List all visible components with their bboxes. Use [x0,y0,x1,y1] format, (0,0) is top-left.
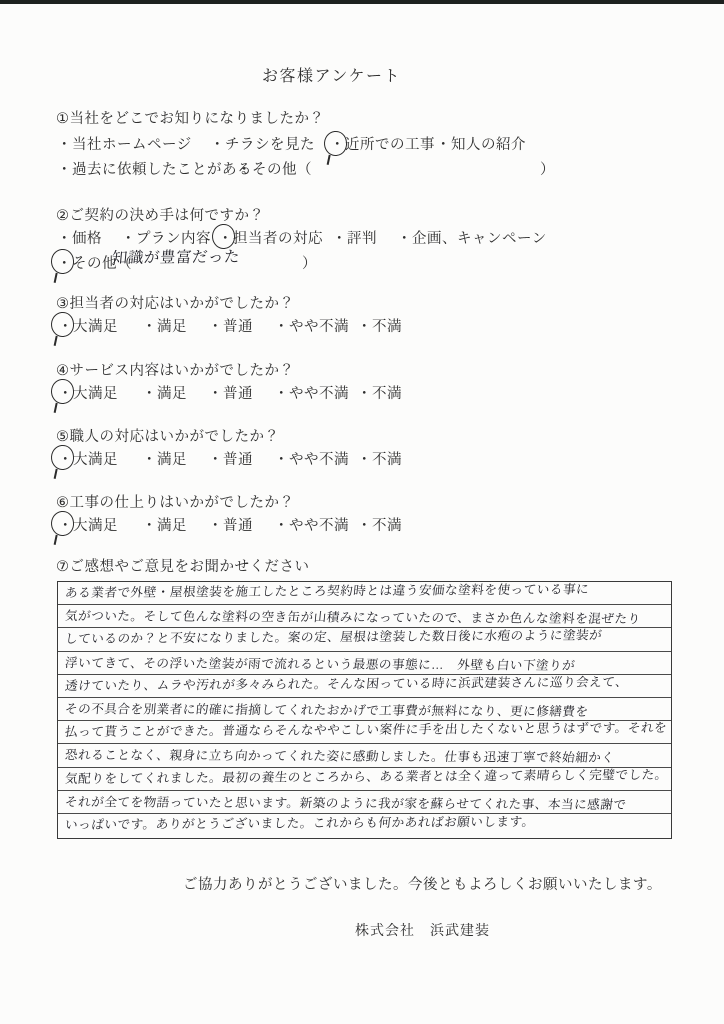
q1-option-homepage: ・当社ホームページ [57,133,192,154]
comment-line: いっぱいです。ありがとうございました。これからも何かあればお願いします。 [58,814,671,837]
footer-company-name: 株式会社 浜武建装 [355,920,490,940]
comment-line-text: 浮いてきて、その浮いた塗装が雨で流れるという最悪の事態に… 外壁も白い下塗りが [64,652,576,675]
q2-heading: ②ご契約の決め手は何ですか？ [56,204,265,225]
comment-line: それが全てを物語っていたと思います。新築のように我が家を蘇らせてくれた事、本当に… [58,791,671,814]
comment-line-text: それが全てを物語っていたと思います。新築のように我が家を蘇らせてくれた事、本当に… [64,791,628,814]
comment-line: しているのか？と不安になりました。案の定、屋根は塗装した数日後に水疱のように塗装… [58,628,671,651]
comment-line: 払って貰うことができた。普通ならそんなややこしい案件に手を出したくないと思うはず… [58,721,671,744]
comment-line-text: その不具合を別業者に的確に指摘してくれたおかげで工事費が無料になり、更に修繕費を [64,698,590,721]
q5-heading: ⑤職人の対応はいかがでしたか？ [56,425,280,446]
q2-option-price: ・価格 [57,227,102,248]
q4-option-normal: ・普通 [208,382,253,403]
comment-line-text: 恐れることなく、親身に立ち向かってくれた姿に感動しました。仕事も迅速丁寧で終始細… [64,744,616,767]
comment-line: 透けていたり、ムラや汚れが多々みられた。そんな困っている時に浜武建装さんに巡り会… [58,675,671,698]
q2-option-campaign: ・企画、キャンペーン [397,227,547,248]
q4-option-satisfied: ・満足 [142,382,187,403]
q1-other-close-paren: ） [540,158,555,179]
q2-other-handwritten-value: 知識が豊富だった [111,245,241,268]
q4-heading: ④サービス内容はいかがでしたか？ [56,359,295,380]
q2-option-reputation: ・評判 [332,227,377,248]
q1-option-past: ・過去に依頼したことがある [57,158,252,179]
q6-option-normal: ・普通 [208,514,253,535]
comment-line: その不具合を別業者に的確に指摘してくれたおかげで工事費が無料になり、更に修繕費を [58,698,671,721]
q1-option-referral: ・知人の紹介 [436,133,526,154]
q3-option-little-unsatisfied: ・やや不満 [274,315,349,336]
q5-option-satisfied: ・満足 [142,448,187,469]
q6-option-unsatisfied: ・不満 [357,514,402,535]
q5-option-normal: ・普通 [208,448,253,469]
q3-option-normal: ・普通 [208,315,253,336]
comment-line: ある業者で外壁・屋根塗装を施工したところ契約時とは違う安価な塗料を使っている事に [58,582,671,605]
comment-line: 気がついた。そして色んな塗料の空き缶が山積みになっていたので、まさか色んな塗料を… [58,605,671,628]
q6-heading: ⑥工事の仕上りはいかがでしたか？ [56,491,295,512]
comment-line-text: 気配りをしてくれました。最初の養生のところから、ある業者とは全く違って素晴らしく… [64,768,669,791]
comment-line-text: 透けていたり、ムラや汚れが多々みられた。そんな困っている時に浜武建装さんに巡り会… [64,675,629,698]
q4-option-little-unsatisfied: ・やや不満 [274,382,349,403]
q1-option-other: ・その他（ [237,158,312,179]
comment-line-text: いっぱいです。ありがとうございました。これからも何かあればお願いします。 [64,814,536,837]
q3-option-satisfied: ・満足 [142,315,187,336]
q1-option-flyer: ・チラシを見た [210,133,315,154]
q5-option-little-unsatisfied: ・やや不満 [274,448,349,469]
comment-line-text: 払って貰うことができた。普通ならそんなややこしい案件に手を出したくないと思うはず… [64,721,668,744]
comment-line: 浮いてきて、その浮いた塗装が雨で流れるという最悪の事態に… 外壁も白い下塗りが [58,652,671,675]
comment-line: 恐れることなく、親身に立ち向かってくれた姿に感動しました。仕事も迅速丁寧で終始細… [58,744,671,767]
comment-line-text: しているのか？と不安になりました。案の定、屋根は塗装した数日後に水疱のように塗装… [64,628,604,651]
scanned-survey-page: お客様アンケート ①当社をどこでお知りになりましたか？ ・当社ホームページ ・チ… [0,0,724,1024]
q6-option-satisfied: ・満足 [142,514,187,535]
q2-other-close-paren: ） [302,252,317,273]
comment-box: ある業者で外壁・屋根塗装を施工したところ契約時とは違う安価な塗料を使っている事に… [57,581,672,839]
comment-line: 気配りをしてくれました。最初の養生のところから、ある業者とは全く違って素晴らしく… [58,768,671,791]
q5-option-unsatisfied: ・不満 [357,448,402,469]
q6-option-little-unsatisfied: ・やや不満 [274,514,349,535]
comment-line-text: ある業者で外壁・屋根塗装を施工したところ契約時とは違う安価な塗料を使っている事に [64,582,590,605]
q3-heading: ③担当者の対応はいかがでしたか？ [56,292,295,313]
footer-thanks-text: ご協力ありがとうございました。今後ともよろしくお願いいたします。 [183,873,662,894]
q4-option-unsatisfied: ・不満 [357,382,402,403]
page-title: お客様アンケート [262,63,401,86]
scan-top-edge [0,0,724,4]
q7-heading: ⑦ご感想やご意見をお聞かせください [56,555,310,576]
q1-heading: ①当社をどこでお知りになりましたか？ [56,107,325,128]
q3-option-unsatisfied: ・不満 [357,315,402,336]
comment-line-text: 気がついた。そして色んな塗料の空き缶が山積みになっていたので、まさか色んな塗料を… [64,605,642,628]
